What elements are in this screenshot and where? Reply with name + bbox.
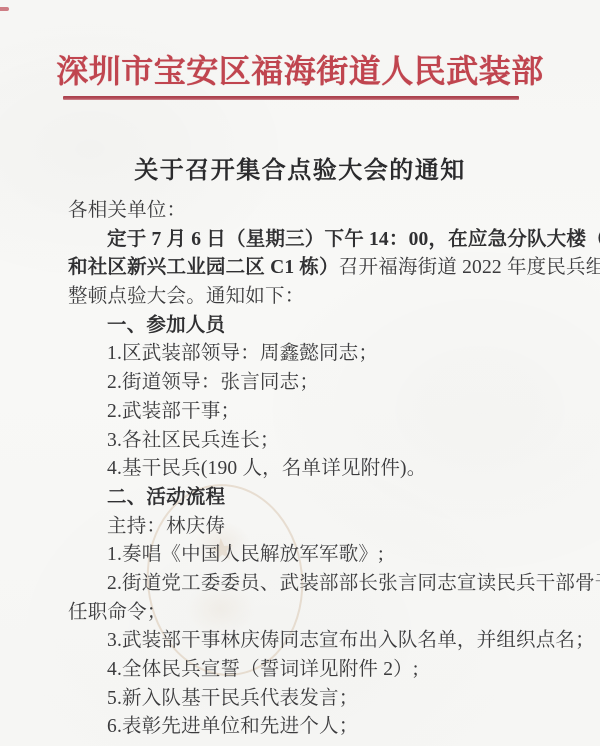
text-line: 定于 7 月 6 日（星期三）下午 14：00，在应急分队大楼（新 <box>68 226 534 255</box>
text-segment: 3.武装部干事林庆俦同志宣布出入队名单，并组织点名； <box>107 630 595 651</box>
scan-edge-red-mark <box>0 7 9 11</box>
text-segment: 4.全体民兵宣誓（誓词详见附件 2）; <box>107 659 418 680</box>
text-segment: 2.武装部干事； <box>107 401 240 422</box>
text-line: 1.区武装部领导：周鑫懿同志； <box>68 340 534 369</box>
text-segment: 和社区新兴工业园二区 C1 栋） <box>68 257 339 278</box>
notice-title: 关于召开集合点验大会的通知 <box>0 150 600 185</box>
text-line: 4.全体民兵宣誓（誓词详见附件 2）; <box>68 656 534 685</box>
text-line: 和社区新兴工业园二区 C1 栋）召开福海街道 2022 年度民兵组织 <box>68 254 534 283</box>
text-line: 2.街道领导：张言同志； <box>68 369 534 398</box>
text-line: 3.各社区民兵连长； <box>68 427 534 456</box>
text-line: 一、参加人员 <box>68 312 534 341</box>
text-line: 6.表彰先进单位和先进个人； <box>68 713 534 742</box>
text-segment: 一、参加人员 <box>107 315 225 336</box>
text-line: 各相关单位： <box>68 197 534 226</box>
text-line: 5.新入队基干民兵代表发言； <box>68 685 534 714</box>
text-line: 任职命令； <box>68 599 534 628</box>
text-line: 4.基干民兵(190 人，名单详见附件)。 <box>68 455 534 484</box>
letterhead-divider-rule <box>63 96 519 100</box>
text-segment: 召开福海街道 2022 年度民兵组织 <box>339 257 600 278</box>
text-segment: 定于 7 月 6 日（星期三）下午 14：00，在应急分队大楼（新 <box>107 229 600 250</box>
text-segment: 二、活动流程 <box>107 487 225 508</box>
text-line: 3.武装部干事林庆俦同志宣布出入队名单，并组织点名； <box>68 627 534 656</box>
text-segment: 整顿点验大会。通知如下： <box>68 286 304 307</box>
text-segment: 4.基干民兵(190 人，名单详见附件)。 <box>107 458 426 479</box>
text-line: 二、活动流程 <box>68 484 534 513</box>
text-segment: 6.表彰先进单位和先进个人； <box>107 716 358 737</box>
text-segment: 各相关单位： <box>68 200 186 221</box>
text-segment: 1.区武装部领导：周鑫懿同志； <box>107 343 378 364</box>
text-segment: 3.各社区民兵连长； <box>107 430 280 451</box>
text-segment: 任职命令； <box>68 602 167 623</box>
text-segment: 2.街道党工委委员、武装部部长张言同志宣读民兵干部骨干 <box>107 573 600 594</box>
text-segment: 2.街道领导：张言同志； <box>107 372 319 393</box>
letterhead-org-name: 深圳市宝安区福海街道人民武装部 <box>0 46 600 92</box>
text-line: 整顿点验大会。通知如下： <box>68 283 534 312</box>
text-segment: 主持：林庆俦 <box>107 516 225 537</box>
text-line: 2.街道党工委委员、武装部部长张言同志宣读民兵干部骨干 <box>68 570 534 599</box>
text-line: 主持：林庆俦 <box>68 513 534 542</box>
text-line: 2.武装部干事； <box>68 398 534 427</box>
text-segment: 1.奏唱《中国人民解放军军歌》; <box>107 544 384 565</box>
text-segment: 5.新入队基干民兵代表发言； <box>107 688 358 709</box>
notice-body: 各相关单位：定于 7 月 6 日（星期三）下午 14：00，在应急分队大楼（新和… <box>68 197 534 742</box>
text-line: 1.奏唱《中国人民解放军军歌》; <box>68 541 534 570</box>
